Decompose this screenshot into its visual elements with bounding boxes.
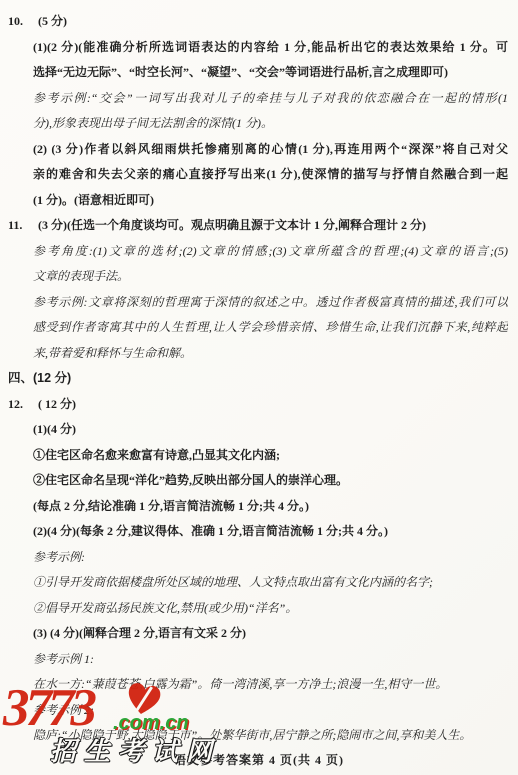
text-line: 隐庐:“小隐隐于野,大隐隐于市”。处繁华街市,居宁静之所;隐闹市之间,享和美人生… xyxy=(8,723,508,749)
line-text: 参考示例: xyxy=(33,545,508,571)
text-line: 感受到作者寄寓其中的人生哲理,让人学会珍惜亲情、珍惜生命,让我们沉静下来,纯粹起 xyxy=(8,315,508,341)
line-text: 参考示例:文章将深刻的哲理寓于深情的叙述之中。透过作者极富真情的描述,我们可以 xyxy=(33,290,508,316)
line-text: 参考示例 1: xyxy=(33,647,508,673)
text-line: ①住宅区命名愈来愈富有诗意,凸显其文化内涵; xyxy=(8,443,508,469)
line-text: 在水一方:“蒹葭苍苍,白露为霜”。倚一湾清溪,享一方净土;浪漫一生,相守一世。 xyxy=(33,672,508,698)
line-text: (5 分) xyxy=(38,9,508,35)
text-line: 分),形象表现出母子间无法割舍的深情(1 分)。 xyxy=(8,111,508,137)
line-text: ②倡导开发商弘扬民族文化,禁用(或少用)“洋名”。 xyxy=(33,596,508,622)
text-line: (2)(4 分)(每条 2 分,建议得体、准确 1 分,语言简洁流畅 1 分;共… xyxy=(8,519,508,545)
line-text: (1 分)。(语意相近即可) xyxy=(33,188,508,214)
line-text: 参考示例:“交会”一词写出我对儿子的牵挂与儿子对我的依恋融合在一起的情形(1 xyxy=(33,86,508,112)
text-line: 10. (5 分) xyxy=(8,9,508,35)
line-text: (1)(2 分)(能准确分析所选词语表达的内容给 1 分,能品析出它的表达效果给… xyxy=(33,35,508,61)
text-line: 参考示例:“交会”一词写出我对儿子的牵挂与儿子对我的依恋融合在一起的情形(1 xyxy=(8,86,508,112)
text-line: ②倡导开发商弘扬民族文化,禁用(或少用)“洋名”。 xyxy=(8,596,508,622)
text-line: ①引导开发商依据楼盘所处区域的地理、人文特点取出富有文化内涵的名字; xyxy=(8,570,508,596)
line-text: 参考示例 2: xyxy=(33,698,508,724)
line-text: 亲的难舍和失去父亲的痛心直接抒写出来(1 分),使深情的描写与抒情自然融合到一起 xyxy=(33,162,508,188)
line-text: (2)(4 分)(每条 2 分,建议得体、准确 1 分,语言简洁流畅 1 分;共… xyxy=(33,519,508,545)
line-text: 来,带着爱和释怀与生命和解。 xyxy=(33,341,508,367)
question-number: 12. xyxy=(8,392,23,418)
line-text: (1)(4 分) xyxy=(33,417,508,443)
line-text: (2) (3 分)作者以斜风细雨烘托惨痛别离的心情(1 分),再连用两个“深深”… xyxy=(33,137,508,163)
line-text: (3 分)(任选一个角度谈均可。观点明确且源于文本计 1 分,阐释合理计 2 分… xyxy=(38,213,508,239)
text-line: 在水一方:“蒹葭苍苍,白露为霜”。倚一湾清溪,享一方净土;浪漫一生,相守一世。 xyxy=(8,672,508,698)
text-line: (1 分)。(语意相近即可) xyxy=(8,188,508,214)
text-line: 来,带着爱和释怀与生命和解。 xyxy=(8,341,508,367)
line-text: ( 12 分) xyxy=(38,392,508,418)
text-line: (3) (4 分)(阐释合理 2 分,语言有文采 2 分) xyxy=(8,621,508,647)
text-line: 亲的难舍和失去父亲的痛心直接抒写出来(1 分),使深情的描写与抒情自然融合到一起 xyxy=(8,162,508,188)
line-text: (每点 2 分,结论准确 1 分,语言简洁流畅 1 分;共 4 分。) xyxy=(33,494,508,520)
line-text: 分),形象表现出母子间无法割舍的深情(1 分)。 xyxy=(33,111,508,137)
text-line: (1)(4 分) xyxy=(8,417,508,443)
line-text: ①引导开发商依据楼盘所处区域的地理、人文特点取出富有文化内涵的名字; xyxy=(33,570,508,596)
page-footer: 语文参考答案第 4 页(共 4 页) xyxy=(0,751,518,768)
text-line: 参考示例: xyxy=(8,545,508,571)
text-line: 12. ( 12 分) xyxy=(8,392,508,418)
answer-document: 10. (5 分) (1)(2 分)(能准确分析所选词语表达的内容给 1 分,能… xyxy=(8,9,508,749)
line-text: (3) (4 分)(阐释合理 2 分,语言有文采 2 分) xyxy=(33,621,508,647)
text-line: 参考示例 1: xyxy=(8,647,508,673)
line-text: ①住宅区命名愈来愈富有诗意,凸显其文化内涵; xyxy=(33,443,508,469)
line-text: 四、(12 分) xyxy=(8,366,508,392)
text-line: 11. (3 分)(任选一个角度谈均可。观点明确且源于文本计 1 分,阐释合理计… xyxy=(8,213,508,239)
text-line: 选择“无边无际”、“时空长河”、“凝望”、“交会”等词语进行品析,言之成理即可) xyxy=(8,60,508,86)
line-text: ②住宅区命名呈现“洋化”趋势,反映出部分国人的崇洋心理。 xyxy=(33,468,508,494)
line-text: 感受到作者寄寓其中的人生哲理,让人学会珍惜亲情、珍惜生命,让我们沉静下来,纯粹起 xyxy=(33,315,508,341)
line-text: 参考角度:(1)文章的选材;(2)文章的情感;(3)文章所蕴含的哲理;(4)文章… xyxy=(33,239,508,265)
text-line: 四、(12 分) xyxy=(8,366,508,392)
line-text: 文章的表现手法。 xyxy=(33,264,508,290)
text-line: (2) (3 分)作者以斜风细雨烘托惨痛别离的心情(1 分),再连用两个“深深”… xyxy=(8,137,508,163)
text-line: (每点 2 分,结论准确 1 分,语言简洁流畅 1 分;共 4 分。) xyxy=(8,494,508,520)
text-line: ②住宅区命名呈现“洋化”趋势,反映出部分国人的崇洋心理。 xyxy=(8,468,508,494)
question-number: 11. xyxy=(8,213,22,239)
line-text: 隐庐:“小隐隐于野,大隐隐于市”。处繁华街市,居宁静之所;隐闹市之间,享和美人生… xyxy=(33,723,508,749)
text-line: 参考示例 2: xyxy=(8,698,508,724)
text-line: 文章的表现手法。 xyxy=(8,264,508,290)
text-line: 参考示例:文章将深刻的哲理寓于深情的叙述之中。透过作者极富真情的描述,我们可以 xyxy=(8,290,508,316)
text-line: 参考角度:(1)文章的选材;(2)文章的情感;(3)文章所蕴含的哲理;(4)文章… xyxy=(8,239,508,265)
text-line: (1)(2 分)(能准确分析所选词语表达的内容给 1 分,能品析出它的表达效果给… xyxy=(8,35,508,61)
line-text: 选择“无边无际”、“时空长河”、“凝望”、“交会”等词语进行品析,言之成理即可) xyxy=(33,60,508,86)
question-number: 10. xyxy=(8,9,23,35)
